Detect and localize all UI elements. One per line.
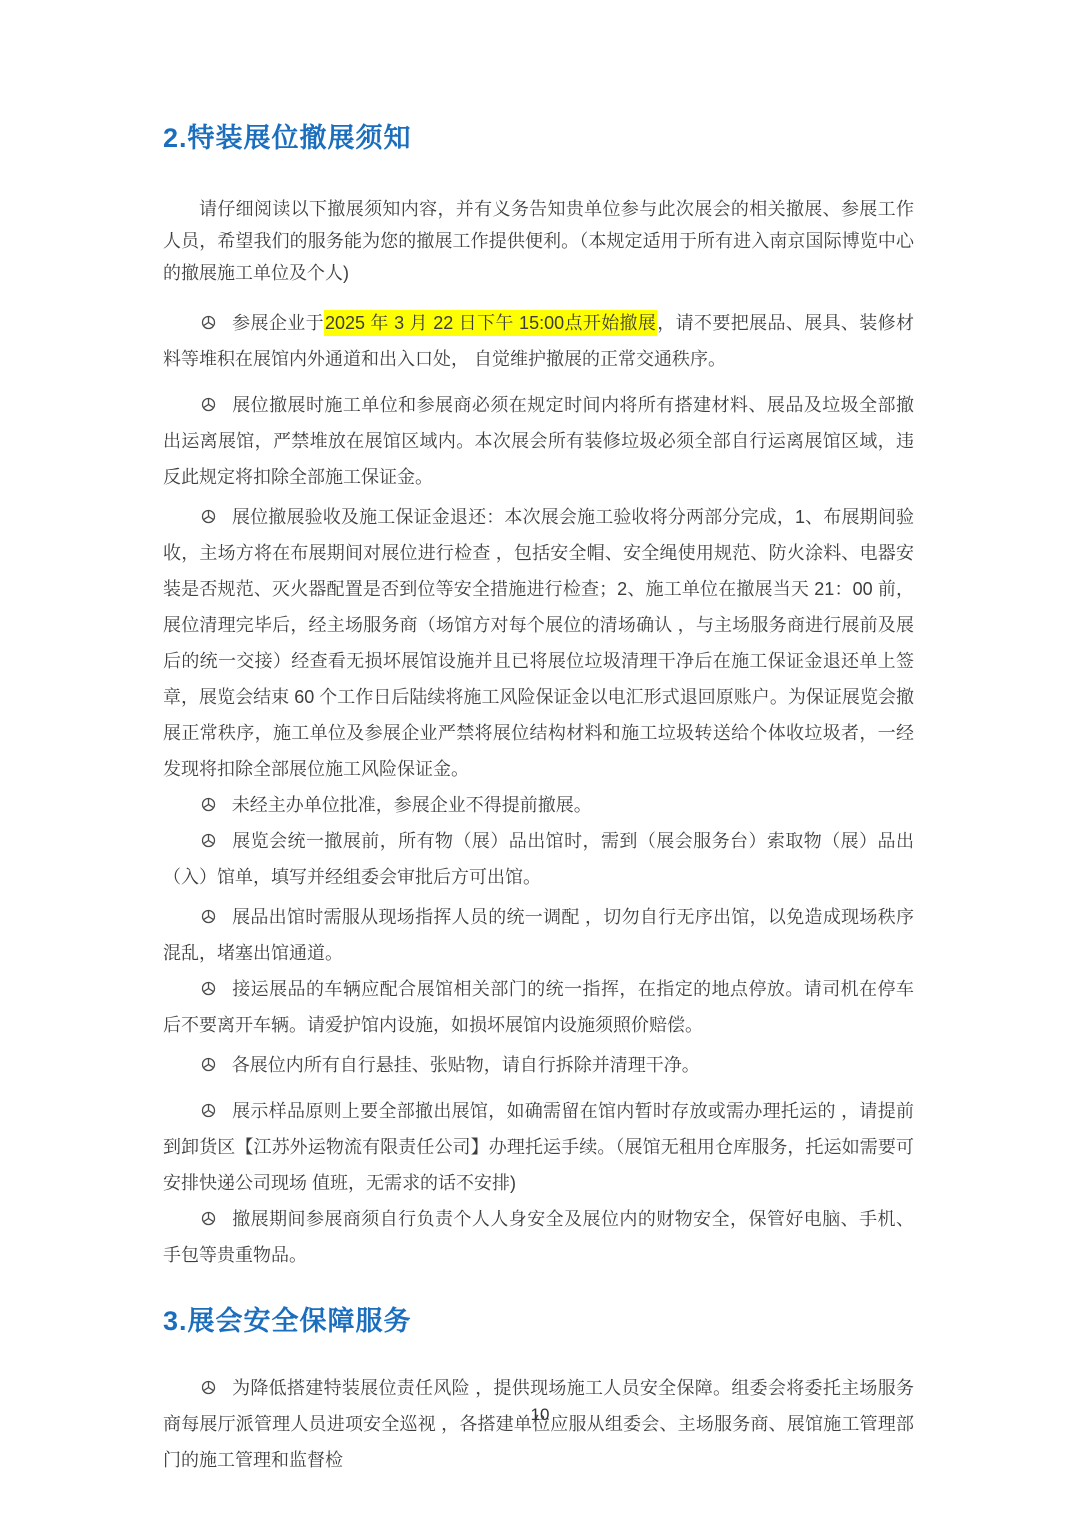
bullet-text: 展品出馆时需服从现场指挥人员的统一调配 ，切勿自行无序出馆，以免造成现场秩序混乱… xyxy=(163,907,914,963)
bullet-item-5: 展览会统一撤展前，所有物（展）品出馆时，需到（展会服务台）索取物（展）品出（入）… xyxy=(163,823,914,895)
document-page: 2.特装展位撤展须知 请仔细阅读以下撤展须知内容，并有义务告知贵单位参与此次展会… xyxy=(0,0,1080,1527)
section-2-intro: 请仔细阅读以下撤展须知内容，并有义务告知贵单位参与此次展会的相关撤展、参展工作人… xyxy=(163,193,914,289)
bullet-text: 接运展品的车辆应配合展馆相关部门的统一指挥，在指定的地点停放。请司机在停车后不要… xyxy=(163,979,914,1035)
spoke-wheel-bullet-icon xyxy=(201,909,216,924)
spoke-wheel-bullet-icon xyxy=(201,1057,216,1072)
spoke-wheel-bullet-icon xyxy=(201,981,216,996)
bullet-text: 展示样品原则上要全部撤出展馆，如确需留在馆内暂时存放或需办理托运的 ，请提前到卸… xyxy=(163,1101,914,1193)
highlighted-teardown-date: 2025 年 3 月 22 日下午 15:00点开始撤展 xyxy=(324,310,657,336)
page-number: 10 xyxy=(0,1405,1080,1425)
bullet-item-2: 展位撤展时施工单位和参展商必须在规定时间内将所有搭建材料、展品及垃圾全部撤出运离… xyxy=(163,387,914,495)
section-2-title: 2.特装展位撤展须知 xyxy=(163,116,914,155)
bullet-text: 未经主办单位批准，参展企业不得提前撤展。 xyxy=(232,795,592,815)
spoke-wheel-bullet-icon xyxy=(201,509,216,524)
bullet-item-7: 接运展品的车辆应配合展馆相关部门的统一指挥，在指定的地点停放。请司机在停车后不要… xyxy=(163,971,914,1043)
bullet-item-6: 展品出馆时需服从现场指挥人员的统一调配 ，切勿自行无序出馆，以免造成现场秩序混乱… xyxy=(163,899,914,971)
bullet-text: 展览会统一撤展前，所有物（展）品出馆时，需到（展会服务台）索取物（展）品出（入）… xyxy=(163,831,914,887)
spoke-wheel-bullet-icon xyxy=(201,1380,216,1395)
spoke-wheel-bullet-icon xyxy=(201,1211,216,1226)
bullet-item-8: 各展位内所有自行悬挂、张贴物，请自行拆除并清理干净。 xyxy=(163,1047,914,1083)
bullet-item-1: 参展企业于2025 年 3 月 22 日下午 15:00点开始撤展，请不要把展品… xyxy=(163,305,914,377)
bullet-item-10: 撤展期间参展商须自行负责个人人身安全及展位内的财物安全，保管好电脑、手机、手包等… xyxy=(163,1201,914,1273)
spoke-wheel-bullet-icon xyxy=(201,397,216,412)
bullet-text: 展位撤展验收及施工保证金退还：本次展会施工验收将分两部分完成，1、布展期间验收，… xyxy=(163,507,914,779)
spoke-wheel-bullet-icon xyxy=(201,1103,216,1118)
bullet-item-4: 未经主办单位批准，参展企业不得提前撤展。 xyxy=(163,787,914,823)
bullet-item-9: 展示样品原则上要全部撤出展馆，如确需留在馆内暂时存放或需办理托运的 ，请提前到卸… xyxy=(163,1093,914,1201)
bullet-item-3: 展位撤展验收及施工保证金退还：本次展会施工验收将分两部分完成，1、布展期间验收，… xyxy=(163,499,914,787)
spoke-wheel-bullet-icon xyxy=(201,797,216,812)
bullet-text: 各展位内所有自行悬挂、张贴物，请自行拆除并清理干净。 xyxy=(232,1055,700,1075)
spoke-wheel-bullet-icon xyxy=(201,833,216,848)
section-3-title: 3.展会安全保障服务 xyxy=(163,1299,914,1338)
bullet-text-pre: 参展企业于 xyxy=(232,313,324,333)
spoke-wheel-bullet-icon xyxy=(201,315,216,330)
bullet-text: 撤展期间参展商须自行负责个人人身安全及展位内的财物安全，保管好电脑、手机、手包等… xyxy=(163,1209,914,1265)
bullet-text: 展位撤展时施工单位和参展商必须在规定时间内将所有搭建材料、展品及垃圾全部撤出运离… xyxy=(163,395,914,487)
